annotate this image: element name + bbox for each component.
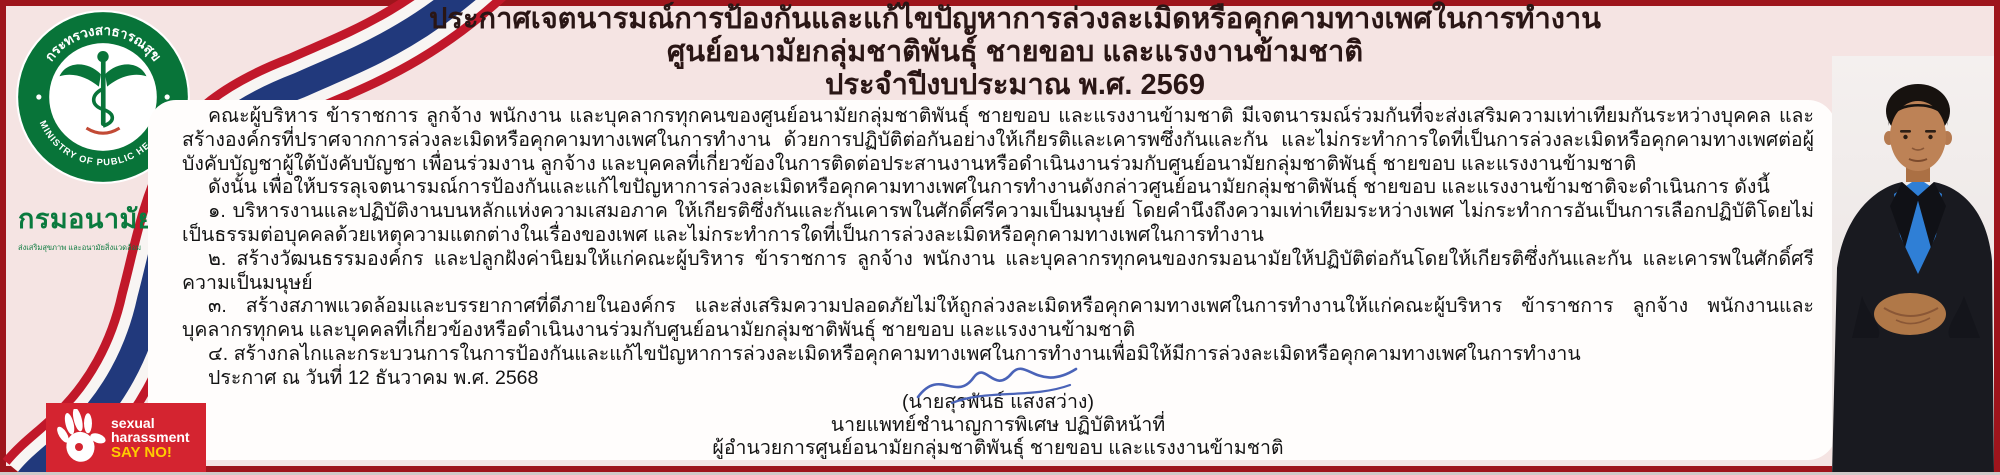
signature-block: (นายสุรพันธ์ แสงสว่าง) นายแพทย์ชำนาญการพ… (182, 391, 1814, 460)
list-item-2: ๒. สร้างวัฒนธรรมองค์กร และปลูกฝังค่านิยม… (182, 248, 1814, 296)
director-photo (1832, 56, 1994, 475)
badge-line-3: SAY NO! (111, 446, 190, 460)
title-line-3: ประจำปีงบประมาณ พ.ศ. 2569 (220, 69, 1810, 102)
paragraph-intro: คณะผู้บริหาร ข้าราชการ ลูกจ้าง พนักงาน แ… (182, 105, 1814, 176)
announcement-banner: { "frame": { "border_color": "#9e151c", … (0, 0, 2000, 475)
title-line-2: ศูนย์อนามัยกลุ่มชาติพันธุ์ ชายขอบ และแรง… (220, 36, 1810, 69)
announcement-title: ประกาศเจตนารมณ์การป้องกันและแก้ไขปัญหากา… (220, 3, 1810, 102)
badge-line-1: sexual (111, 416, 190, 430)
say-no-badge: sexual harassment SAY NO! (46, 403, 206, 472)
signatory-position: นายแพทย์ชำนาญการพิเศษ ปฏิบัติหน้าที่ (182, 414, 1814, 437)
list-item-1: ๑. บริหารงานและปฏิบัติงานบนหลักแห่งความเ… (182, 200, 1814, 248)
badge-line-2: harassment (111, 430, 190, 444)
paragraph-therefore: ดังนั้น เพื่อให้บรรลุเจตนารมณ์การป้องกัน… (182, 176, 1814, 200)
list-item-3: ๓. สร้างสภาพแวดล้อมและบรรยากาศที่ดีภายใน… (182, 295, 1814, 343)
director-portrait-graphic (1832, 56, 1994, 475)
signature-scribble (912, 359, 1084, 411)
signatory-organization: ผู้อำนวยการศูนย์อนามัยกลุ่มชาติพันธุ์ ชา… (182, 437, 1814, 460)
handprint-icon (52, 409, 106, 467)
title-line-1: ประกาศเจตนารมณ์การป้องกันและแก้ไขปัญหากา… (220, 3, 1810, 36)
content-panel: คณะผู้บริหาร ข้าราชการ ลูกจ้าง พนักงาน แ… (148, 100, 1836, 460)
